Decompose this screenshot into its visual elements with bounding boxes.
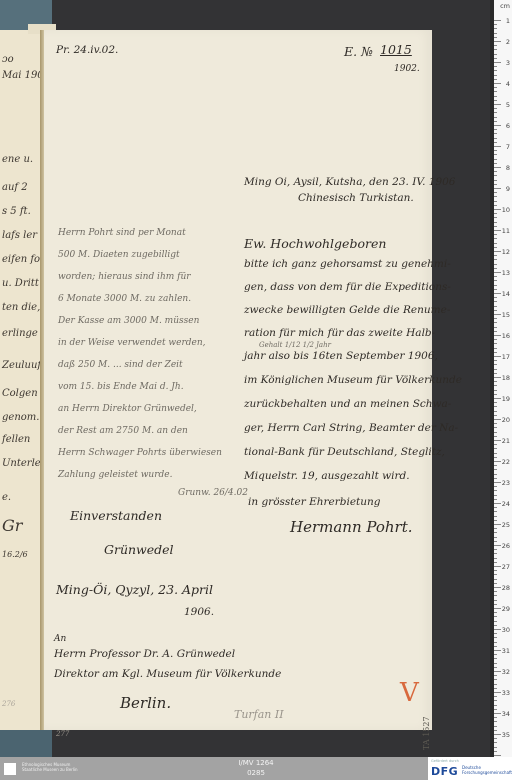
ruler-tick xyxy=(494,280,497,281)
ruler-tick xyxy=(494,41,501,42)
ruler-tick xyxy=(494,616,497,617)
left-page-fragment: fellen xyxy=(2,434,30,445)
ruler-label: 16 xyxy=(502,332,510,340)
body-line: ger, Herrn Carl String, Beamter der Na- xyxy=(244,422,458,434)
ruler-tick xyxy=(494,154,497,155)
ruler-tick xyxy=(494,558,497,559)
ruler-tick xyxy=(494,583,497,584)
ruler-tick xyxy=(494,524,501,525)
ruler-tick xyxy=(494,490,497,491)
ruler-label: 12 xyxy=(502,248,510,256)
ruler-tick xyxy=(494,444,497,445)
ruler-tick xyxy=(494,213,497,214)
ruler-tick xyxy=(494,100,497,101)
body-line: bitte ich ganz gehorsamst zu genehmi- xyxy=(244,258,451,270)
ruler-label: 9 xyxy=(506,185,510,193)
ruler-tick xyxy=(494,730,497,731)
ruler-tick xyxy=(494,297,497,298)
ruler-tick xyxy=(494,121,497,122)
ruler-tick xyxy=(494,705,497,706)
ruler-tick xyxy=(494,310,497,311)
address-recipient: Herrn Professor Dr. A. Grünwedel xyxy=(54,648,235,660)
ruler-tick xyxy=(494,663,497,664)
ruler-tick xyxy=(494,747,497,748)
ruler-tick xyxy=(494,108,497,109)
ruler-tick xyxy=(494,436,497,437)
ruler-tick xyxy=(494,62,501,63)
ruler-tick xyxy=(494,24,497,25)
ruler-tick xyxy=(494,222,497,223)
document-viewer: ɔo Mai 190 ene u. auf 2 s 5 ft. lafs ler… xyxy=(0,0,512,757)
ruler-tick xyxy=(494,230,501,231)
ruler-tick xyxy=(494,264,497,265)
ruler-tick xyxy=(494,327,497,328)
ruler-tick xyxy=(494,608,501,609)
ruler-label: 30 xyxy=(502,626,510,634)
ruler-tick xyxy=(494,600,497,601)
ruler-tick xyxy=(494,356,501,357)
ruler-tick xyxy=(494,373,497,374)
ruler-label: 8 xyxy=(506,164,510,172)
ruler-tick xyxy=(494,541,497,542)
body-line: gen, dass von dem für die Expeditions- xyxy=(244,281,451,293)
ruler-tick xyxy=(494,579,497,580)
ruler-tick xyxy=(494,629,501,630)
ruler-tick xyxy=(494,83,501,84)
ruler-tick xyxy=(494,171,497,172)
ruler-tick xyxy=(494,301,497,302)
ruler-tick xyxy=(494,654,497,655)
body-line: zwecke bewilligten Gelde die Renume- xyxy=(244,304,450,316)
ruler-tick xyxy=(494,520,497,521)
ruler-tick xyxy=(494,457,497,458)
body-line: Miquelstr. 19, ausgezahlt wird. xyxy=(244,470,410,482)
ruler-label: 7 xyxy=(506,143,510,151)
ruler-tick xyxy=(494,33,497,34)
ruler-tick xyxy=(494,566,501,567)
ruler-tick xyxy=(494,352,497,353)
signature: Hermann Pohrt. xyxy=(290,518,413,536)
ruler-tick xyxy=(494,440,501,441)
ruler-tick xyxy=(494,117,497,118)
dfg-funder-badge: Gefördert durch DFG Deutsche Forschungsg… xyxy=(428,757,512,780)
left-pencil-number: 276 xyxy=(2,700,15,708)
ruler-tick xyxy=(494,755,501,756)
margin-note-line: daß 250 M. ... sind der Zeit xyxy=(58,360,183,370)
ruler-tick xyxy=(494,658,497,659)
ruler-tick xyxy=(494,251,501,252)
ruler-tick xyxy=(494,516,497,517)
ruler-label: 25 xyxy=(502,521,510,529)
margin-note-line: der Rest am 2750 M. an den xyxy=(58,426,188,436)
ruler-tick xyxy=(494,688,497,689)
letter-page: Pr. 24.iv.02. E. № 1015 1902. Ming Oi, A… xyxy=(44,30,432,730)
margin-note-line: 6 Monate 3000 M. zu zahlen. xyxy=(58,294,191,304)
ruler-tick xyxy=(494,742,497,743)
left-page-fragment: ene u. xyxy=(2,154,33,165)
ruler-tick xyxy=(494,66,497,67)
ruler-tick xyxy=(494,570,497,571)
margin-note-line: in der Weise verwendet werden, xyxy=(58,338,206,348)
ruler-label: 27 xyxy=(502,563,510,571)
ruler-tick xyxy=(494,377,501,378)
funder-name-line2: Forschungsgemeinschaft xyxy=(462,770,512,775)
ruler-label: 32 xyxy=(502,668,510,676)
ruler-tick xyxy=(494,402,497,403)
ruler-tick xyxy=(494,717,497,718)
region-line: Chinesisch Turkistan. xyxy=(298,192,414,204)
margin-note-line: Zahlung geleistet wurde. xyxy=(58,470,172,480)
ruler-tick xyxy=(494,272,501,273)
ruler-tick xyxy=(494,96,497,97)
ruler-tick xyxy=(494,322,497,323)
ruler-label: 21 xyxy=(502,437,510,445)
margin-note-line: Herrn Pohrt sind per Monat xyxy=(58,228,186,238)
ruler-tick xyxy=(494,461,501,462)
body-line: zurückbehalten und an meinen Schwa- xyxy=(244,398,451,410)
ruler-tick xyxy=(494,453,497,454)
ruler-tick xyxy=(494,692,501,693)
ruler-tick xyxy=(494,129,497,130)
ruler-label: 13 xyxy=(502,269,510,277)
ruler-label: 6 xyxy=(506,122,510,130)
ruler-tick xyxy=(494,125,501,126)
margin-note-line: an Herrn Direktor Grünwedel, xyxy=(58,404,197,414)
ruler-label: 22 xyxy=(502,458,510,466)
ruler-tick xyxy=(494,549,497,550)
ruler-tick xyxy=(494,293,501,294)
ruler-tick xyxy=(494,537,497,538)
interlinear-note: Gehalt 1/12 1/2 Jahr xyxy=(259,341,331,349)
ruler-tick xyxy=(494,679,497,680)
salutation: Ew. Hochwohlgeboren xyxy=(244,236,386,251)
ruler-tick xyxy=(494,621,497,622)
ruler-tick xyxy=(494,339,497,340)
ruler-tick xyxy=(494,495,497,496)
left-page-fragment: Mai 190 xyxy=(2,70,44,81)
body-line: im Königlichen Museum für Völkerkunde xyxy=(244,374,462,386)
address-title: Direktor am Kgl. Museum für Völkerkunde xyxy=(54,668,281,680)
ruler-tick xyxy=(494,637,497,638)
ruler-tick xyxy=(494,612,497,613)
body-line: tional-Bank für Deutschland, Steglitz, xyxy=(244,446,445,458)
ruler-tick xyxy=(494,415,497,416)
address-city: Berlin. xyxy=(120,694,171,712)
closing: in grösster Ehrerbietung xyxy=(248,496,381,508)
ruler-tick xyxy=(494,87,497,88)
ruler-label: 33 xyxy=(502,689,510,697)
ruler-label: 20 xyxy=(502,416,510,424)
ruler-label: 28 xyxy=(502,584,510,592)
ruler-tick xyxy=(494,54,497,55)
ruler-tick xyxy=(494,163,497,164)
ruler-tick xyxy=(494,684,497,685)
ruler-label: 5 xyxy=(506,101,510,109)
approval-signature: Grünwedel xyxy=(104,542,174,557)
ruler-label: 2 xyxy=(506,38,510,46)
ruler-tick xyxy=(494,196,497,197)
ruler-tick xyxy=(494,180,497,181)
ruler-unit-label: cm xyxy=(500,2,510,10)
left-page-fragment: Colgen xyxy=(2,388,38,399)
left-page-fragment: e. xyxy=(2,492,11,503)
funder-label: Gefördert durch xyxy=(431,759,459,763)
ruler-tick xyxy=(494,675,497,676)
left-page-fragment: s 5 ft. xyxy=(2,206,31,217)
ruler-tick xyxy=(494,268,497,269)
ruler-tick xyxy=(494,432,497,433)
ruler-tick xyxy=(494,507,497,508)
body-line: ration für mich für das zweite Halb- xyxy=(244,327,435,339)
ruler-tick xyxy=(494,721,497,722)
ruler-tick xyxy=(494,423,497,424)
left-page-fragment: ɔo xyxy=(2,54,14,65)
ruler-tick xyxy=(494,625,497,626)
ruler-tick xyxy=(494,217,497,218)
ruler-tick xyxy=(494,318,497,319)
ruler-tick xyxy=(494,595,497,596)
ruler-tick xyxy=(494,604,497,605)
ruler-tick xyxy=(494,285,497,286)
ruler-tick xyxy=(494,79,497,80)
pencil-page-number: 277 xyxy=(56,730,69,738)
ruler-tick xyxy=(494,209,501,210)
approval: Einverstanden xyxy=(70,508,162,523)
ruler-tick xyxy=(494,369,497,370)
ruler-label: 34 xyxy=(502,710,510,718)
ruler-tick xyxy=(494,70,497,71)
pencil-note-turfan: Turfan II xyxy=(234,708,284,721)
ruler-tick xyxy=(494,150,497,151)
ruler-tick xyxy=(494,562,497,563)
ruler-tick xyxy=(494,671,501,672)
ruler-tick xyxy=(494,591,497,592)
ruler-label: 19 xyxy=(502,395,510,403)
address-prefix: An xyxy=(54,634,66,644)
ruler-tick xyxy=(494,243,497,244)
ruler-tick xyxy=(494,360,497,361)
ruler-tick xyxy=(494,167,501,168)
ruler-tick xyxy=(494,482,501,483)
ruler-tick xyxy=(494,381,497,382)
ruler-tick xyxy=(494,238,497,239)
ruler-tick xyxy=(494,709,497,710)
ruler-tick xyxy=(494,175,497,176)
ruler-tick xyxy=(494,306,497,307)
side-stamp: TA 1527 xyxy=(422,716,431,750)
margin-note-line: vom 15. bis Ende Mai d. Jh. xyxy=(58,382,184,392)
ruler-tick xyxy=(494,646,497,647)
ruler-tick xyxy=(494,642,497,643)
ruler-tick xyxy=(494,419,501,420)
background-cover-bottom xyxy=(0,728,52,757)
left-page-fragment: genom. xyxy=(2,412,39,423)
left-page-fragment: erlinge xyxy=(2,328,38,339)
left-page-fragment: Zeuluuf xyxy=(2,360,41,371)
ruler-label: 1 xyxy=(506,17,510,25)
ruler-tick xyxy=(494,226,497,227)
ruler-tick xyxy=(494,532,497,533)
ruler-label: 11 xyxy=(502,227,510,235)
ruler-tick xyxy=(494,28,497,29)
ruler-tick xyxy=(494,696,497,697)
ruler-tick xyxy=(494,184,497,185)
ruler-tick xyxy=(494,726,497,727)
ruler-label: 29 xyxy=(502,605,510,613)
ruler-tick xyxy=(494,633,497,634)
ruler-tick xyxy=(494,465,497,466)
margin-initials: Grunw. 26/4.02 xyxy=(178,488,248,498)
ruler-tick xyxy=(494,49,497,50)
ruler-tick xyxy=(494,45,497,46)
ruler-tick xyxy=(494,112,497,113)
ruler-label: 15 xyxy=(502,311,510,319)
ruler-tick xyxy=(494,364,497,365)
received-note: Pr. 24.iv.02. xyxy=(56,44,118,56)
approval-year: 1906. xyxy=(184,606,214,618)
left-page-fragment: 16.2/6 xyxy=(2,550,28,559)
ruler-tick xyxy=(494,58,497,59)
ruler-tick xyxy=(494,385,497,386)
ruler-label: 4 xyxy=(506,80,510,88)
ruler-tick xyxy=(494,427,497,428)
ruler-tick xyxy=(494,398,501,399)
ruler-tick xyxy=(494,142,497,143)
ruler-tick xyxy=(494,545,501,546)
ruler-tick xyxy=(494,192,497,193)
ruler-tick xyxy=(494,486,497,487)
ruler-tick xyxy=(494,259,497,260)
ruler-tick xyxy=(494,448,497,449)
margin-note-line: worden; hieraus sind ihm für xyxy=(58,272,191,282)
ruler-tick xyxy=(494,348,497,349)
left-page-fragment: Gr xyxy=(2,516,22,535)
ruler-tick xyxy=(494,700,497,701)
ruler-tick xyxy=(494,314,501,315)
ruler-tick xyxy=(494,343,497,344)
ruler-label: 17 xyxy=(502,353,510,361)
ruler-tick xyxy=(494,553,497,554)
ruler-tick xyxy=(494,289,497,290)
ruler-tick xyxy=(494,574,497,575)
ruler-tick xyxy=(494,528,497,529)
cm-ruler: cm 1 2 3 4 5 6 7 8 9 10 11 12 13 14 15 1… xyxy=(490,0,512,757)
ruler-tick xyxy=(494,91,497,92)
ruler-label: 24 xyxy=(502,500,510,508)
ruler-tick xyxy=(494,390,497,391)
approval-place-date: Ming-Öi, Qyzyl, 23. April xyxy=(56,582,213,597)
ruler-tick xyxy=(494,159,497,160)
ruler-tick xyxy=(494,713,501,714)
left-page-fragment: u. Dritt xyxy=(2,278,39,289)
journal-number: 1015 xyxy=(380,42,412,57)
ruler-tick xyxy=(494,738,497,739)
ruler-label: 14 xyxy=(502,290,510,298)
ruler-tick xyxy=(494,406,497,407)
ruler-tick xyxy=(494,511,497,512)
ruler-tick xyxy=(494,469,497,470)
ruler-tick xyxy=(494,394,497,395)
journal-year: 1902. xyxy=(394,64,420,74)
ruler-tick xyxy=(494,138,497,139)
left-page-fragment: auf 2 xyxy=(2,182,28,193)
ruler-tick xyxy=(494,247,497,248)
ruler-tick xyxy=(494,146,501,147)
ruler-tick xyxy=(494,188,501,189)
left-page-fragment: lafs ler xyxy=(2,230,37,241)
red-v-mark: V xyxy=(400,678,419,708)
ruler-tick xyxy=(494,234,497,235)
ruler-label: 35 xyxy=(502,731,510,739)
ruler-tick xyxy=(494,474,497,475)
ruler-label: 31 xyxy=(502,647,510,655)
ruler-tick xyxy=(494,20,501,21)
ruler-label: 18 xyxy=(502,374,510,382)
place-date-line: Ming Oi, Aysil, Kutsha, den 23. IV. 1906 xyxy=(244,176,456,188)
ruler-tick xyxy=(494,276,497,277)
ruler-tick xyxy=(494,503,501,504)
ruler-tick xyxy=(494,751,497,752)
ruler-label: 26 xyxy=(502,542,510,550)
ruler-tick xyxy=(494,667,497,668)
ruler-tick xyxy=(494,37,497,38)
ruler-tick xyxy=(494,499,497,500)
margin-note-line: 500 M. Diaeten zugebilligt xyxy=(58,250,180,260)
ruler-label: 10 xyxy=(502,206,510,214)
ruler-label: 23 xyxy=(502,479,510,487)
journal-number-label: E. № xyxy=(344,44,373,59)
ruler-label: 3 xyxy=(506,59,510,67)
ruler-tick xyxy=(494,411,497,412)
ruler-tick xyxy=(494,255,497,256)
ruler-tick xyxy=(494,734,501,735)
ruler-tick xyxy=(494,133,497,134)
body-line: jahr also bis 16ten September 1906, xyxy=(244,350,438,362)
margin-note-line: Der Kasse am 3000 M. müssen xyxy=(58,316,199,326)
ruler-tick xyxy=(494,335,501,336)
dfg-logo-icon: DFG xyxy=(431,765,458,778)
ruler-tick xyxy=(494,75,497,76)
margin-note-line: Herrn Schwager Pohrts überwiesen xyxy=(58,448,222,458)
ruler-tick xyxy=(494,478,497,479)
funder-name: Deutsche Forschungsgemeinschaft xyxy=(462,765,512,775)
ruler-tick xyxy=(494,587,501,588)
left-page-fragment: eifen fo xyxy=(2,254,40,265)
ruler-tick xyxy=(494,650,501,651)
ruler-tick xyxy=(494,331,497,332)
ruler-tick xyxy=(494,201,497,202)
left-page-fragment: ten die, xyxy=(2,302,40,313)
left-facing-page: ɔo Mai 190 ene u. auf 2 s 5 ft. lafs ler… xyxy=(0,30,44,730)
ruler-tick xyxy=(494,104,501,105)
ruler-tick xyxy=(494,205,497,206)
